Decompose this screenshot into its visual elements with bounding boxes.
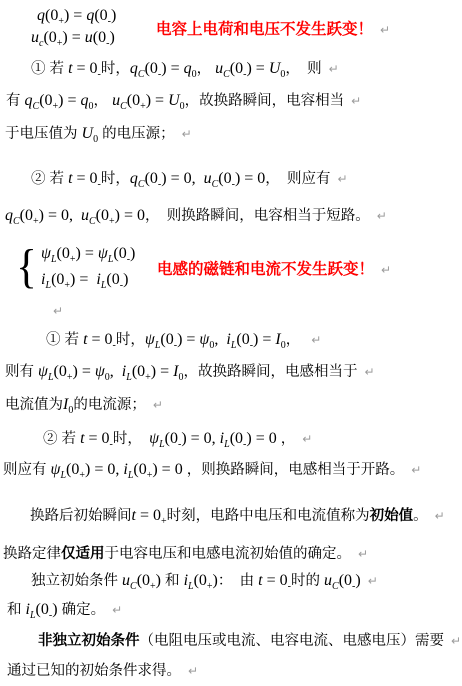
math-run: t = 0- [83, 331, 116, 348]
text-run: 有 [6, 93, 25, 109]
math-run: q(0+) = q(0-) [37, 7, 116, 24]
text-run: ① 若 [46, 332, 83, 348]
math-run: t = 0- [258, 572, 291, 589]
text-run: ， [277, 431, 296, 447]
paragraph-return-icon: ↵ [451, 634, 461, 648]
text-run: ， [197, 61, 216, 77]
text-run: 非独立初始条件 [38, 633, 140, 649]
case2-capacitor-result: qC(0+) = 0, uC(0+) = 0， 则换路瞬间，电容相当于短路。↵ [5, 206, 387, 226]
case2-inductor-condition: ② 若 t = 0-时， ψL(0-) = 0, iL(0-) = 0 ，↵ [43, 429, 312, 449]
math-run: t = 0- [68, 170, 101, 187]
math-run: uC(0+) [122, 572, 161, 589]
math-run: ψL(0-) = ψ0, iL(0-) = I0 [145, 331, 286, 348]
text-run: （电阻电压或电流、电容电流、电感电压）需要 [140, 633, 445, 649]
text-run: ② 若 [31, 171, 68, 187]
math-run: t = 0+ [132, 507, 167, 524]
text-run: 仅适用 [61, 546, 105, 562]
paragraph-return-icon: ↵ [358, 547, 368, 561]
math-run: uC(0+) = U0 [112, 92, 185, 109]
text-run: ： 由 [218, 573, 258, 589]
math-run: I0 [63, 396, 73, 413]
paragraph-return-icon: ↵ [368, 574, 378, 588]
text-run: 换路后初始瞬间 [30, 508, 132, 524]
text-run: 时， [113, 431, 149, 447]
paragraph-return-icon: ↵ [364, 365, 374, 379]
text-run: ， 则换路瞬间，电容相当于短路。 [145, 208, 370, 224]
math-run: qC(0+) = q0 [25, 92, 94, 109]
math-run: qC(0-) = 0, uC(0-) = 0 [130, 170, 265, 187]
text-run: ， [94, 93, 113, 109]
independent-initial-conditions: 独立初始条件 uC(0+) 和 iL(0+)： 由 t = 0-时的 uC(0-… [31, 571, 378, 591]
paragraph-return-icon: ↵ [411, 463, 421, 477]
case2-inductor-result: 则应有 ψL(0+) = 0, iL(0+) = 0 ，则换路瞬间，电感相当于开… [3, 460, 421, 480]
paragraph-return-icon: ↵ [182, 127, 192, 141]
text-run: 初始值 [370, 508, 414, 524]
paragraph-return-icon: ↵ [435, 509, 445, 523]
math-run: uC(0-) [324, 572, 361, 589]
emphasis-text: 电感的磁链和电流不发生跃变！ [157, 261, 374, 278]
paragraph-return-icon: ↵ [351, 94, 361, 108]
case1-capacitor-conclusion: 于电压值为 U0 的电压源；↵ [5, 124, 192, 144]
math-run: qC(0-) = q0 [130, 60, 197, 77]
eq-voltage-continuity: uc(0+) = u(0-) [31, 28, 115, 48]
case2-capacitor-condition: ② 若 t = 0-时，qC(0-) = 0, uC(0-) = 0， 则应有↵ [31, 169, 348, 189]
text-run: ，故换路瞬间，电容相当 [185, 93, 345, 109]
text-run: 时， [116, 332, 145, 348]
paragraph-return-icon: ↵ [53, 304, 63, 318]
text-run: ，故换路瞬间，电感相当于 [183, 364, 357, 380]
math-run: ψL(0+) = ψ0, iL(0+) = I0 [38, 363, 183, 380]
equation-row: iL(0+) = iL(0-) [41, 267, 135, 293]
paragraph-return-icon: ↵ [377, 209, 387, 223]
case1-inductor-conclusion: 电流值为I0的电流源；↵ [5, 395, 163, 415]
equation-rows: ψL(0+) = ψL(0-)iL(0+) = iL(0-) [41, 241, 135, 293]
case1-capacitor-condition: ① 若 t = 0-时，qC(0-) = q0， uC(0-) = U0， 则↵ [31, 59, 339, 79]
case1-inductor-condition: ① 若 t = 0-时，ψL(0-) = ψ0, iL(0-) = I0， ↵ [46, 330, 321, 350]
text-run: 电流值为 [5, 397, 63, 413]
emphasis-text: 电容上电荷和电压不发生跃变！ [156, 21, 373, 38]
switching-law-scope: 换路定律仅适用于电容电压和电感电流初始值的确定。↵ [3, 544, 368, 564]
text-run: 时， [101, 61, 130, 77]
text-run: 于电容电压和电感电流初始值的确定。 [105, 546, 352, 562]
paragraph-return-icon: ↵ [302, 432, 312, 446]
left-brace-icon: { [16, 242, 37, 292]
text-run: ① 若 [31, 61, 68, 77]
text-run: 时， [101, 171, 130, 187]
dependent-conditions-cont: 通过已知的初始条件求得。↵ [7, 661, 198, 681]
text-run: 的电压源； [98, 126, 175, 142]
case1-capacitor-result: 有 qC(0+) = q0， uC(0+) = U0，故换路瞬间，电容相当↵ [6, 91, 361, 111]
text-run: ， 则应有 [265, 171, 330, 187]
text-run: 的电流源； [73, 397, 146, 413]
note-capacitor-no-jump: 电容上电荷和电压不发生跃变！↵ [156, 20, 390, 40]
eq-charge-continuity: q(0+) = q(0-) [37, 6, 116, 26]
dependent-initial-conditions: 非独立初始条件（电阻电压或电流、电容电流、电感电压）需要↵ [38, 631, 461, 651]
paragraph-return-icon: ↵ [311, 333, 321, 347]
document-page: q(0+) = q(0-)uc(0+) = u(0-)电容上电荷和电压不发生跃变… [0, 0, 462, 686]
text-run: 通过已知的初始条件求得。 [7, 663, 181, 679]
paragraph-return-icon: ↵ [153, 398, 163, 412]
math-run: t = 0- [68, 60, 101, 77]
text-run: 。 [413, 508, 428, 524]
math-run: ψL(0+) = 0, iL(0+) = 0 [51, 461, 183, 478]
blank-paragraph: ↵ [46, 301, 63, 321]
note-inductor-no-jump: 电感的磁链和电流不发生跃变！↵ [157, 260, 391, 280]
paragraph-return-icon: ↵ [338, 172, 348, 186]
math-run: uC(0-) = U0 [215, 60, 285, 77]
paragraph-return-icon: ↵ [329, 62, 339, 76]
text-run: 则应有 [3, 462, 51, 478]
paragraph-return-icon: ↵ [188, 664, 198, 678]
paragraph-return-icon: ↵ [112, 603, 122, 617]
text-run: 时的 [291, 573, 324, 589]
text-run: 则有 [5, 364, 38, 380]
math-run: qC(0+) = 0, uC(0+) = 0 [5, 207, 145, 224]
paragraph-return-icon: ↵ [380, 23, 390, 37]
text-run: 确定。 [58, 602, 106, 618]
math-run: iL(0-) [26, 601, 58, 618]
case1-inductor-result: 则有 ψL(0+) = ψ0, iL(0+) = I0，故换路瞬间，电感相当于↵ [5, 362, 375, 382]
text-run: 时刻，电路中电压和电流值称为 [167, 508, 370, 524]
text-run: 于电压值为 [5, 126, 82, 142]
initial-value-definition: 换路后初始瞬间t = 0+时刻，电路中电压和电流值称为初始值。↵ [30, 506, 445, 526]
math-run: iL(0+) [184, 572, 218, 589]
text-run: ， 则 [285, 61, 321, 77]
inductor-equation-system: {ψL(0+) = ψL(0-)iL(0+) = iL(0-) [15, 241, 135, 293]
math-run: t = 0- [80, 430, 113, 447]
equation-row: ψL(0+) = ψL(0-) [41, 241, 135, 267]
text-run: 和 [161, 573, 184, 589]
text-run: 独立初始条件 [31, 573, 122, 589]
math-run: uc(0+) = u(0-) [31, 29, 115, 46]
text-run: ② 若 [43, 431, 80, 447]
paragraph-return-icon: ↵ [381, 263, 391, 277]
math-run: U0 [82, 125, 99, 142]
text-run: 和 [7, 602, 26, 618]
text-run: 换路定律 [3, 546, 61, 562]
independent-conditions-cont: 和 iL(0-) 确定。↵ [7, 600, 122, 620]
text-run: ，则换路瞬间，电感相当于开路。 [183, 462, 405, 478]
text-run: ， [286, 332, 305, 348]
math-run: ψL(0-) = 0, iL(0-) = 0 [149, 430, 277, 447]
